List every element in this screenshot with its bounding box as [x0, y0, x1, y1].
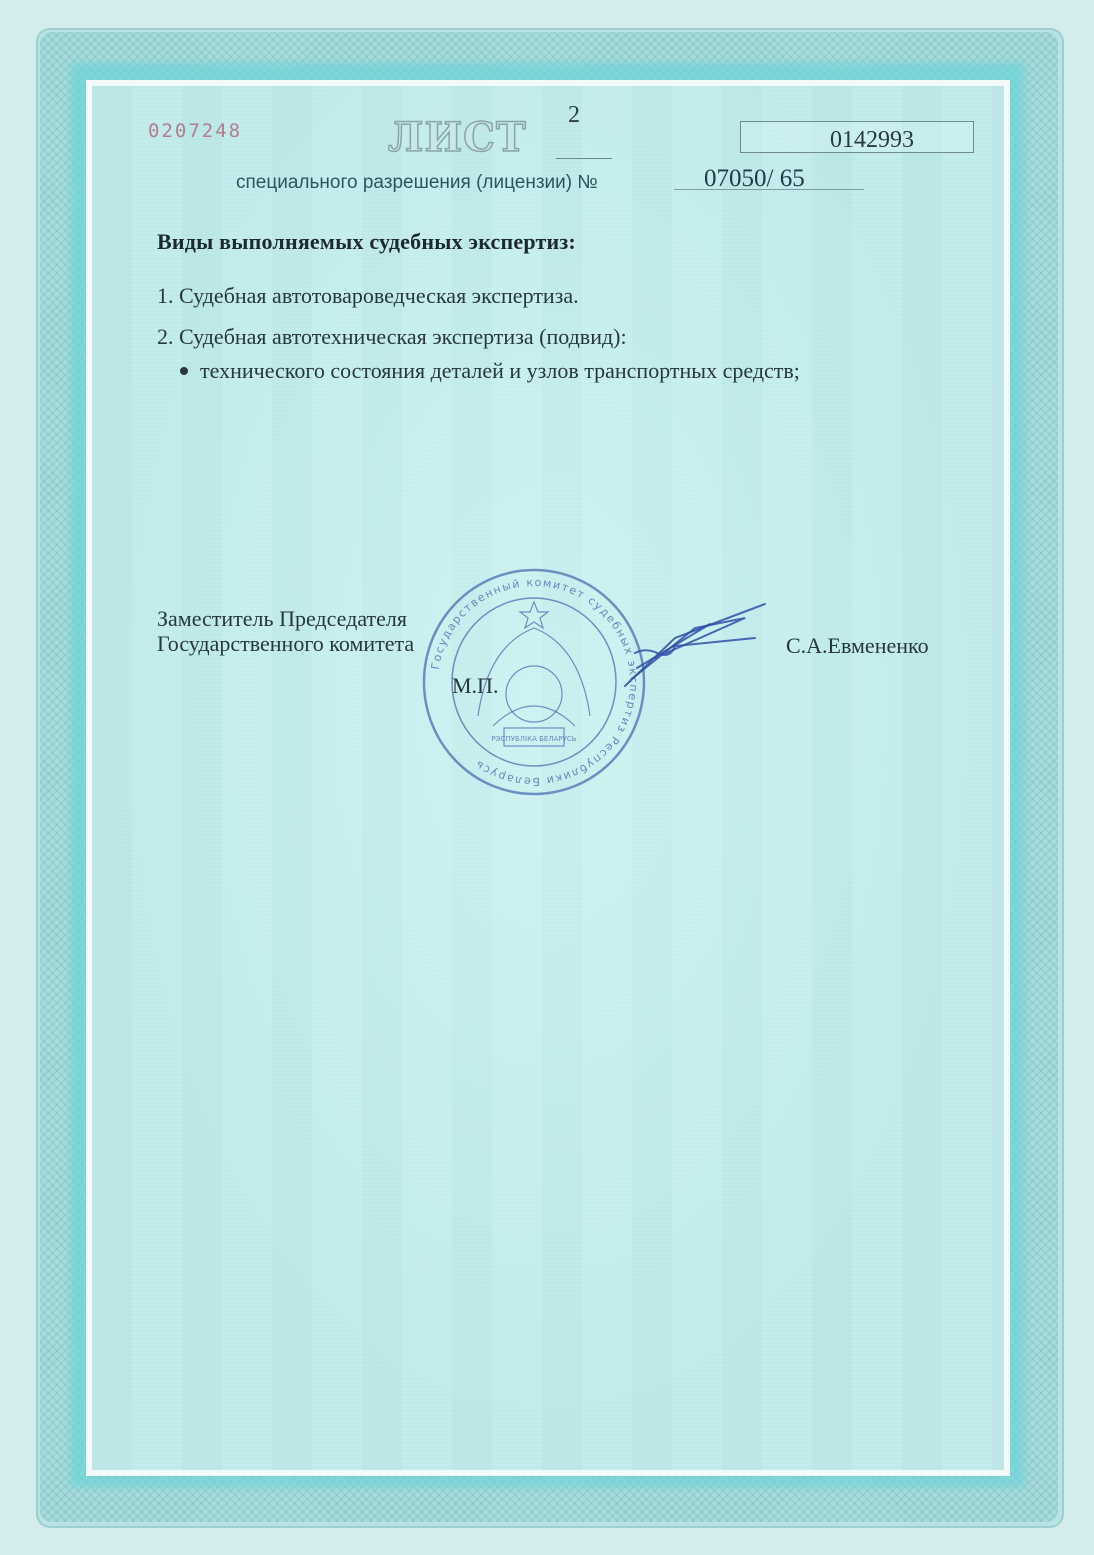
signatory-role: Заместитель Председателя Государственног…: [157, 606, 414, 656]
form-number: 0142993: [830, 127, 914, 154]
svg-text:РЭСПУБЛІКА БЕЛАРУСЬ: РЭСПУБЛІКА БЕЛАРУСЬ: [491, 735, 576, 743]
signatory-name: С.А.Евмененко: [786, 633, 929, 659]
expertise-subitem: технического состояния деталей и узлов т…: [180, 358, 800, 384]
license-subtitle: специального разрешения (лицензии) №: [236, 172, 598, 194]
sheet-number: 2: [568, 102, 580, 129]
seal-place-mark: М.П.: [452, 673, 498, 699]
expertise-item: 2. Судебная автотехническая экспертиза (…: [157, 324, 627, 350]
serial-number: 0207248: [148, 120, 242, 142]
signatory-role-line-1: Заместитель Председателя: [157, 606, 414, 631]
sheet-title: ЛИСТ: [388, 118, 527, 158]
signatory-role-line-2: Государственного комитета: [157, 631, 414, 656]
handwritten-signature: [615, 598, 785, 688]
expertise-item: 1. Судебная автотовароведческая эксперти…: [157, 283, 579, 309]
expertise-subitem-label: технического состояния деталей и узлов т…: [200, 358, 800, 383]
expertise-types-heading: Виды выполняемых судебных экспертиз:: [157, 229, 576, 255]
sheet-number-underline: [556, 158, 612, 159]
license-number: 07050/ 65: [704, 165, 805, 193]
bullet-icon: [180, 367, 188, 375]
